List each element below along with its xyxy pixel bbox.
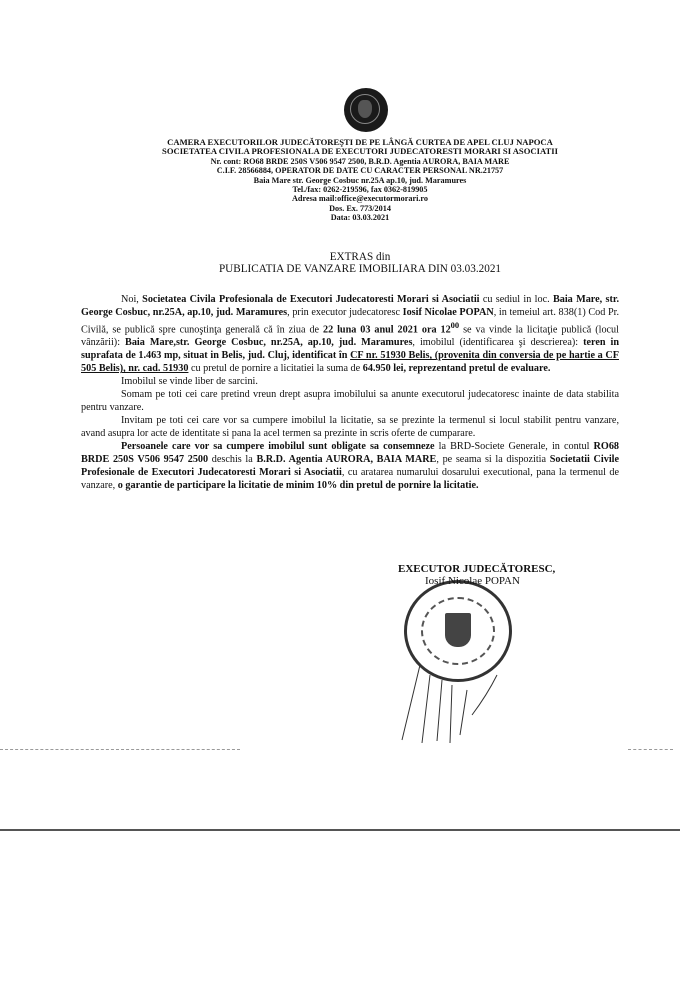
title-line-2: PUBLICATIA DE VANZARE IMOBILIARA DIN 03.… bbox=[100, 263, 620, 275]
letterhead: CAMERA EXECUTORILOR JUDECĂTOREŞTI DE PE … bbox=[100, 138, 620, 223]
signer-role: EXECUTOR JUDECĂTORESC, bbox=[398, 563, 555, 575]
document-body: Noi, Societatea Civila Profesionala de E… bbox=[81, 293, 619, 492]
bank-agency: B.R.D. Agentia AURORA, BAIA MARE bbox=[256, 454, 436, 465]
text: cu pretul de pornire a licitatiei la sum… bbox=[188, 363, 362, 374]
guarantee-amount: o garantie de participare la licitatie d… bbox=[118, 480, 479, 491]
auction-place: Baia Mare,str. George Cosbuc, nr.25A, ap… bbox=[125, 337, 412, 348]
text: , pe seama si la dispozitia bbox=[436, 454, 549, 465]
auction-minutes: 00 bbox=[451, 320, 460, 330]
text: cu sediul in loc. bbox=[480, 294, 553, 305]
page-edge-rule bbox=[0, 829, 680, 831]
paragraph-invitation: Invitam pe toti cei care vor sa cumpere … bbox=[81, 414, 619, 440]
letterhead-line: Nr. cont: RO68 BRDE 250S V506 9547 2500,… bbox=[100, 157, 620, 166]
letterhead-line: C.I.F. 28566884, OPERATOR DE DATE CU CAR… bbox=[100, 166, 620, 175]
text: , imobilul (identificarea şi descrierea)… bbox=[412, 337, 583, 348]
text-bold: Societatea Civila Profesionala de Execut… bbox=[142, 294, 479, 305]
executor-name: Iosif Nicolae POPAN bbox=[403, 307, 494, 318]
paragraph-announcement: Noi, Societatea Civila Profesionala de E… bbox=[81, 293, 619, 375]
letterhead-line: Adresa mail:office@executormorari.ro bbox=[100, 194, 620, 203]
divider-dashed bbox=[628, 749, 673, 750]
handwritten-signature-icon bbox=[392, 655, 502, 745]
divider-dashed bbox=[0, 749, 240, 750]
paragraph-no-encumbrances: Imobilul se vinde liber de sarcini. bbox=[81, 375, 619, 388]
text: la BRD-Societe Generale, in contul bbox=[435, 441, 594, 452]
paragraph-guarantee: Persoanele care vor sa cumpere imobilul … bbox=[81, 440, 619, 492]
letterhead-line: Data: 03.03.2021 bbox=[100, 213, 620, 222]
signer-name: Iosif Nicolae POPAN bbox=[398, 575, 555, 587]
emblem-core bbox=[358, 100, 372, 118]
letterhead-line: Dos. Ex. 773/2014 bbox=[100, 204, 620, 213]
document-title: EXTRAS din PUBLICATIA DE VANZARE IMOBILI… bbox=[100, 251, 620, 275]
letterhead-line: SOCIETATEA CIVILA PROFESIONALA DE EXECUT… bbox=[100, 147, 620, 156]
seal-emblem-icon bbox=[344, 88, 388, 132]
text: deschis la bbox=[208, 454, 256, 465]
paragraph-summons: Somam pe toti cei care pretind vreun dre… bbox=[81, 388, 619, 414]
signature-block: EXECUTOR JUDECĂTORESC, Iosif Nicolae POP… bbox=[398, 563, 555, 587]
text: , prin executor judecatoresc bbox=[287, 307, 402, 318]
coat-of-arms-icon bbox=[445, 613, 471, 647]
text-bold: Persoanele care vor sa cumpere imobilul … bbox=[121, 441, 435, 452]
text: Noi, bbox=[121, 294, 142, 305]
auction-date: 22 luna 03 anul 2021 ora 12 bbox=[323, 324, 451, 335]
title-line-1: EXTRAS din bbox=[100, 251, 620, 263]
letterhead-line: Baia Mare str. George Cosbuc nr.25A ap.1… bbox=[100, 176, 620, 185]
letterhead-line: Tel./fax: 0262-219596, fax 0362-819905 bbox=[100, 185, 620, 194]
starting-price: 64.950 lei, reprezentand pretul de evalu… bbox=[363, 363, 551, 374]
